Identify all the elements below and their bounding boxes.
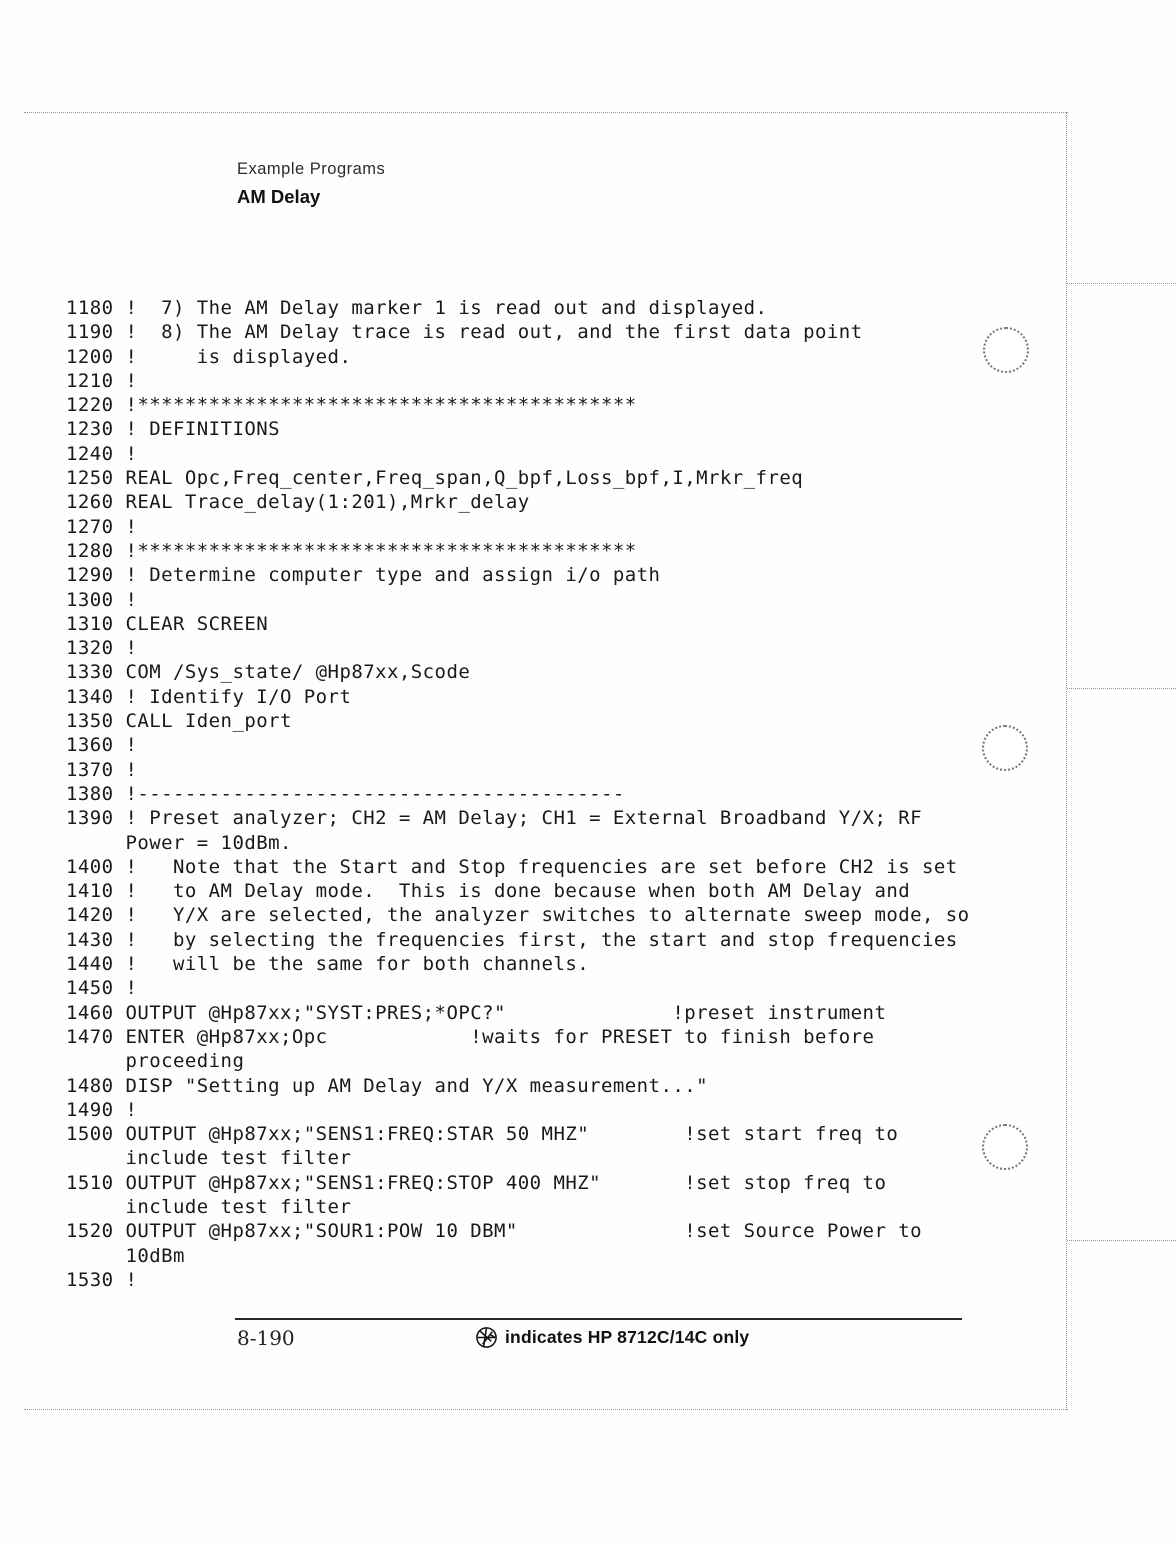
program-listing: 1180 ! 7) The AM Delay marker 1 is read …: [66, 296, 970, 1292]
binder-hole: [982, 725, 1028, 771]
page-header: Example Programs AM Delay: [237, 160, 385, 208]
page-number: 8-190: [237, 1326, 295, 1350]
footer-note: indicates HP 8712C/14C only: [475, 1326, 749, 1349]
page-title: AM Delay: [237, 186, 385, 208]
footer-rule: [235, 1318, 962, 1320]
scan-edge-top: [24, 112, 1068, 113]
margin-tick-line: [1067, 688, 1176, 689]
margin-tick-line: [1067, 283, 1176, 284]
spoked-circle-icon: [475, 1326, 498, 1349]
footer-note-text: indicates HP 8712C/14C only: [505, 1327, 749, 1348]
manual-page: Example Programs AM Delay 1180 ! 7) The …: [0, 0, 1176, 1544]
scan-edge-bottom: [24, 1409, 1068, 1410]
scan-edge-right: [1066, 112, 1067, 1410]
binder-hole: [983, 327, 1029, 373]
margin-tick-line: [1067, 1240, 1176, 1241]
binder-hole: [982, 1124, 1028, 1170]
section-label: Example Programs: [237, 160, 385, 179]
